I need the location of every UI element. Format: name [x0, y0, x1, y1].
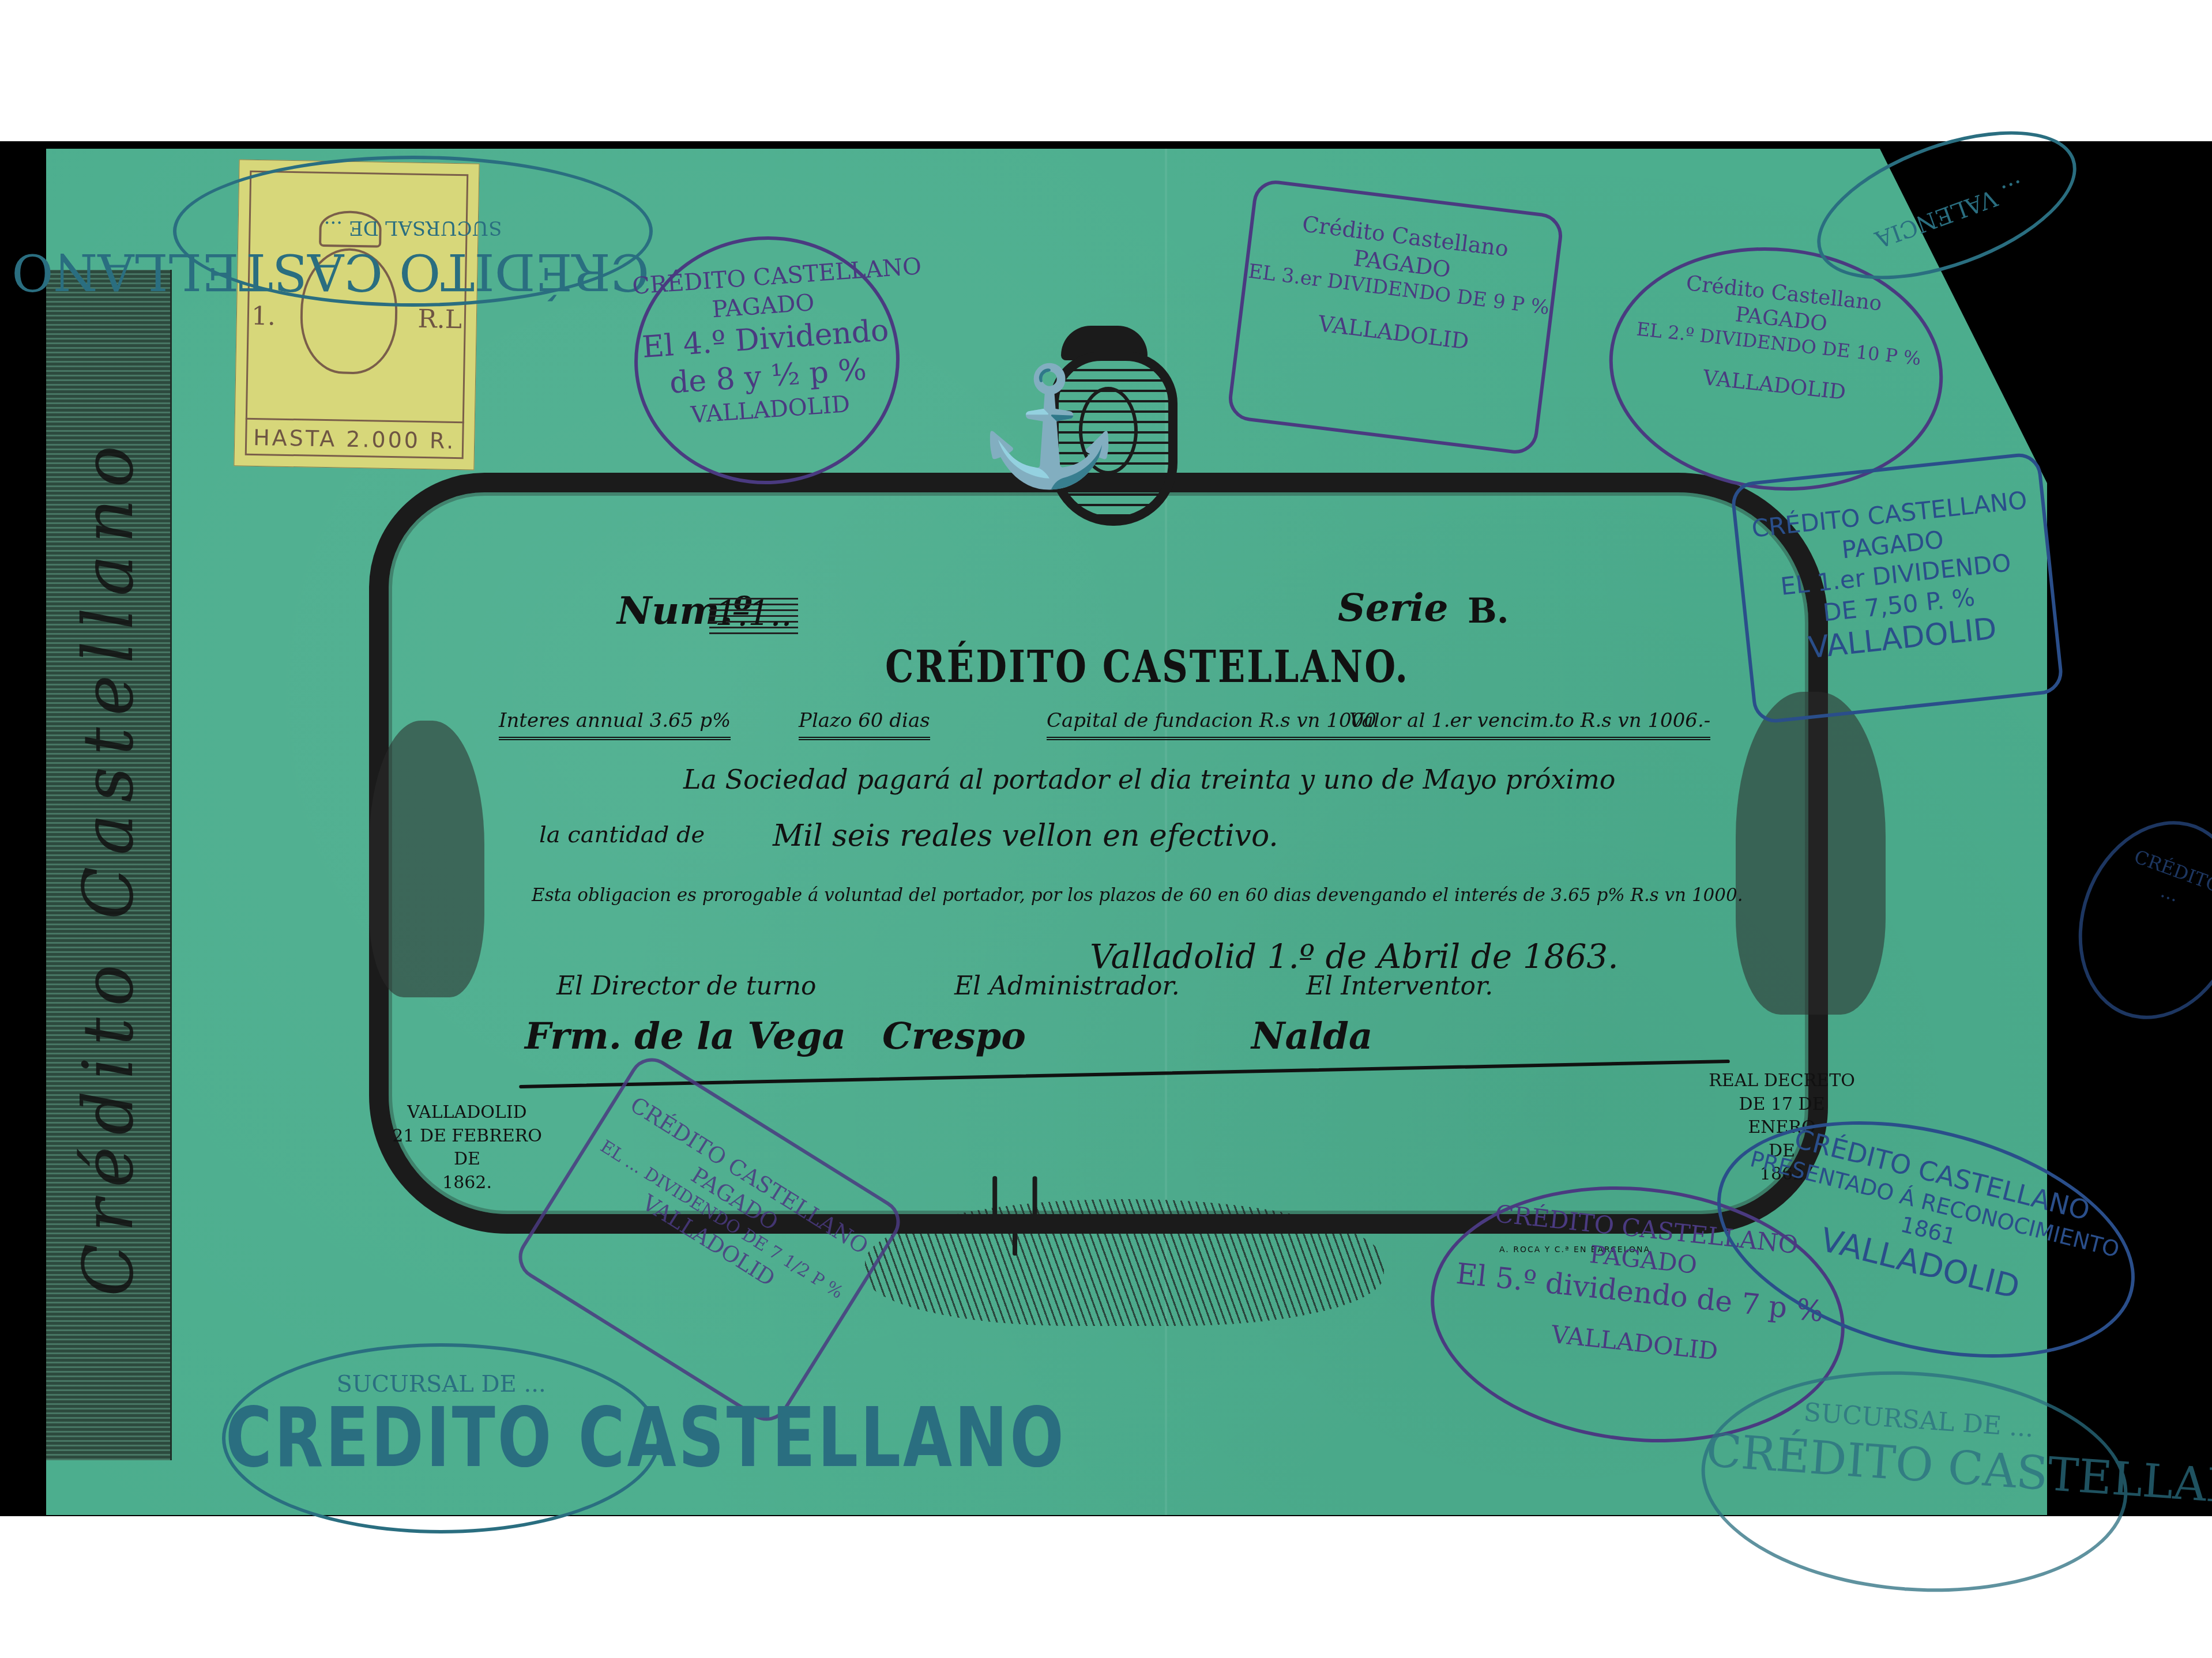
handstamp-sucursal: SUCURSAL DE ... CREDITO CASTELLANO	[222, 1343, 660, 1533]
wheat-sheaf-icon	[865, 1199, 1384, 1326]
counterfoil-script: Crédito Castellano	[68, 434, 148, 1296]
role-director: El Director de turno	[556, 971, 817, 1001]
series-label: Serie	[1338, 585, 1449, 630]
stamp-line: CREDITO CASTELLANO	[225, 1386, 657, 1490]
term-interest: Interes annual 3.65 p%	[499, 709, 731, 740]
signature-comptroller: Nalda	[1251, 1015, 1373, 1058]
extension-clause: Esta obligacion es prorogable á voluntad…	[532, 885, 1743, 906]
cartouche-line: 1862.	[381, 1171, 554, 1195]
term-maturity-value: Valor al 1.er vencim.to R.s vn 1006.-	[1349, 709, 1710, 740]
amount-value: Mil seis reales vellon en efectivo.	[773, 819, 1278, 853]
anchor-icon: ⚓	[977, 369, 1121, 484]
series-value: B.	[1468, 591, 1509, 631]
cartouche-line: VALLADOLID	[381, 1101, 554, 1125]
stamp-value-left: 1.	[251, 302, 276, 331]
stamp-limit: HASTA 2.000 R.	[245, 418, 464, 459]
vine-frame	[369, 473, 1828, 1234]
number-value: 1.1..	[709, 594, 798, 634]
amount-label: la cantidad de	[539, 822, 705, 848]
role-administrator: El Administrador.	[954, 971, 1180, 1001]
counterfoil-strip: Crédito Castellano	[46, 270, 172, 1460]
handstamp-dividend-1: CRÉDITO CASTELLANO PAGADO EL 1.er DIVIDE…	[1730, 451, 2065, 725]
stamp-line: SUCURSAL DE ...	[176, 216, 649, 240]
promise-text: La Sociedad pagará al portador el dia tr…	[683, 764, 1616, 795]
issuer-title: CRÉDITO CASTELLANO.	[885, 640, 1409, 692]
term-duration: Plazo 60 dias	[799, 709, 930, 740]
fork-icon: ⑂	[980, 1159, 1049, 1274]
handstamp-top-left: CRÉDITO CASTELLANO SUCURSAL DE ...	[173, 156, 653, 307]
cartouche-left: VALLADOLID 21 DE FEBRERO DE 1862.	[381, 1101, 554, 1194]
mercury-figure	[369, 721, 484, 997]
signature-administrator: Crespo	[882, 1015, 1026, 1058]
cartouche-line: 21 DE FEBRERO	[381, 1125, 554, 1148]
stamp-line: CRÉDITO CASTELLANO	[176, 240, 649, 303]
signature-director: Frm. de la Vega	[525, 1015, 846, 1058]
cartouche-line: REAL DECRETO	[1707, 1069, 1857, 1093]
term-capital: Capital de fundacion R.s vn 1000	[1047, 709, 1376, 740]
handstamp-dividend-3: Crédito Castellano PAGADO EL 3.er DIVIDE…	[1226, 178, 1564, 457]
cartouche-line: DE	[381, 1148, 554, 1171]
stamp-value-right: R.L	[417, 304, 462, 334]
role-comptroller: El Interventor.	[1306, 971, 1493, 1001]
ceres-figure	[1736, 692, 1886, 1015]
place-date: Valladolid 1.º de Abril de 1863.	[1090, 937, 1619, 976]
